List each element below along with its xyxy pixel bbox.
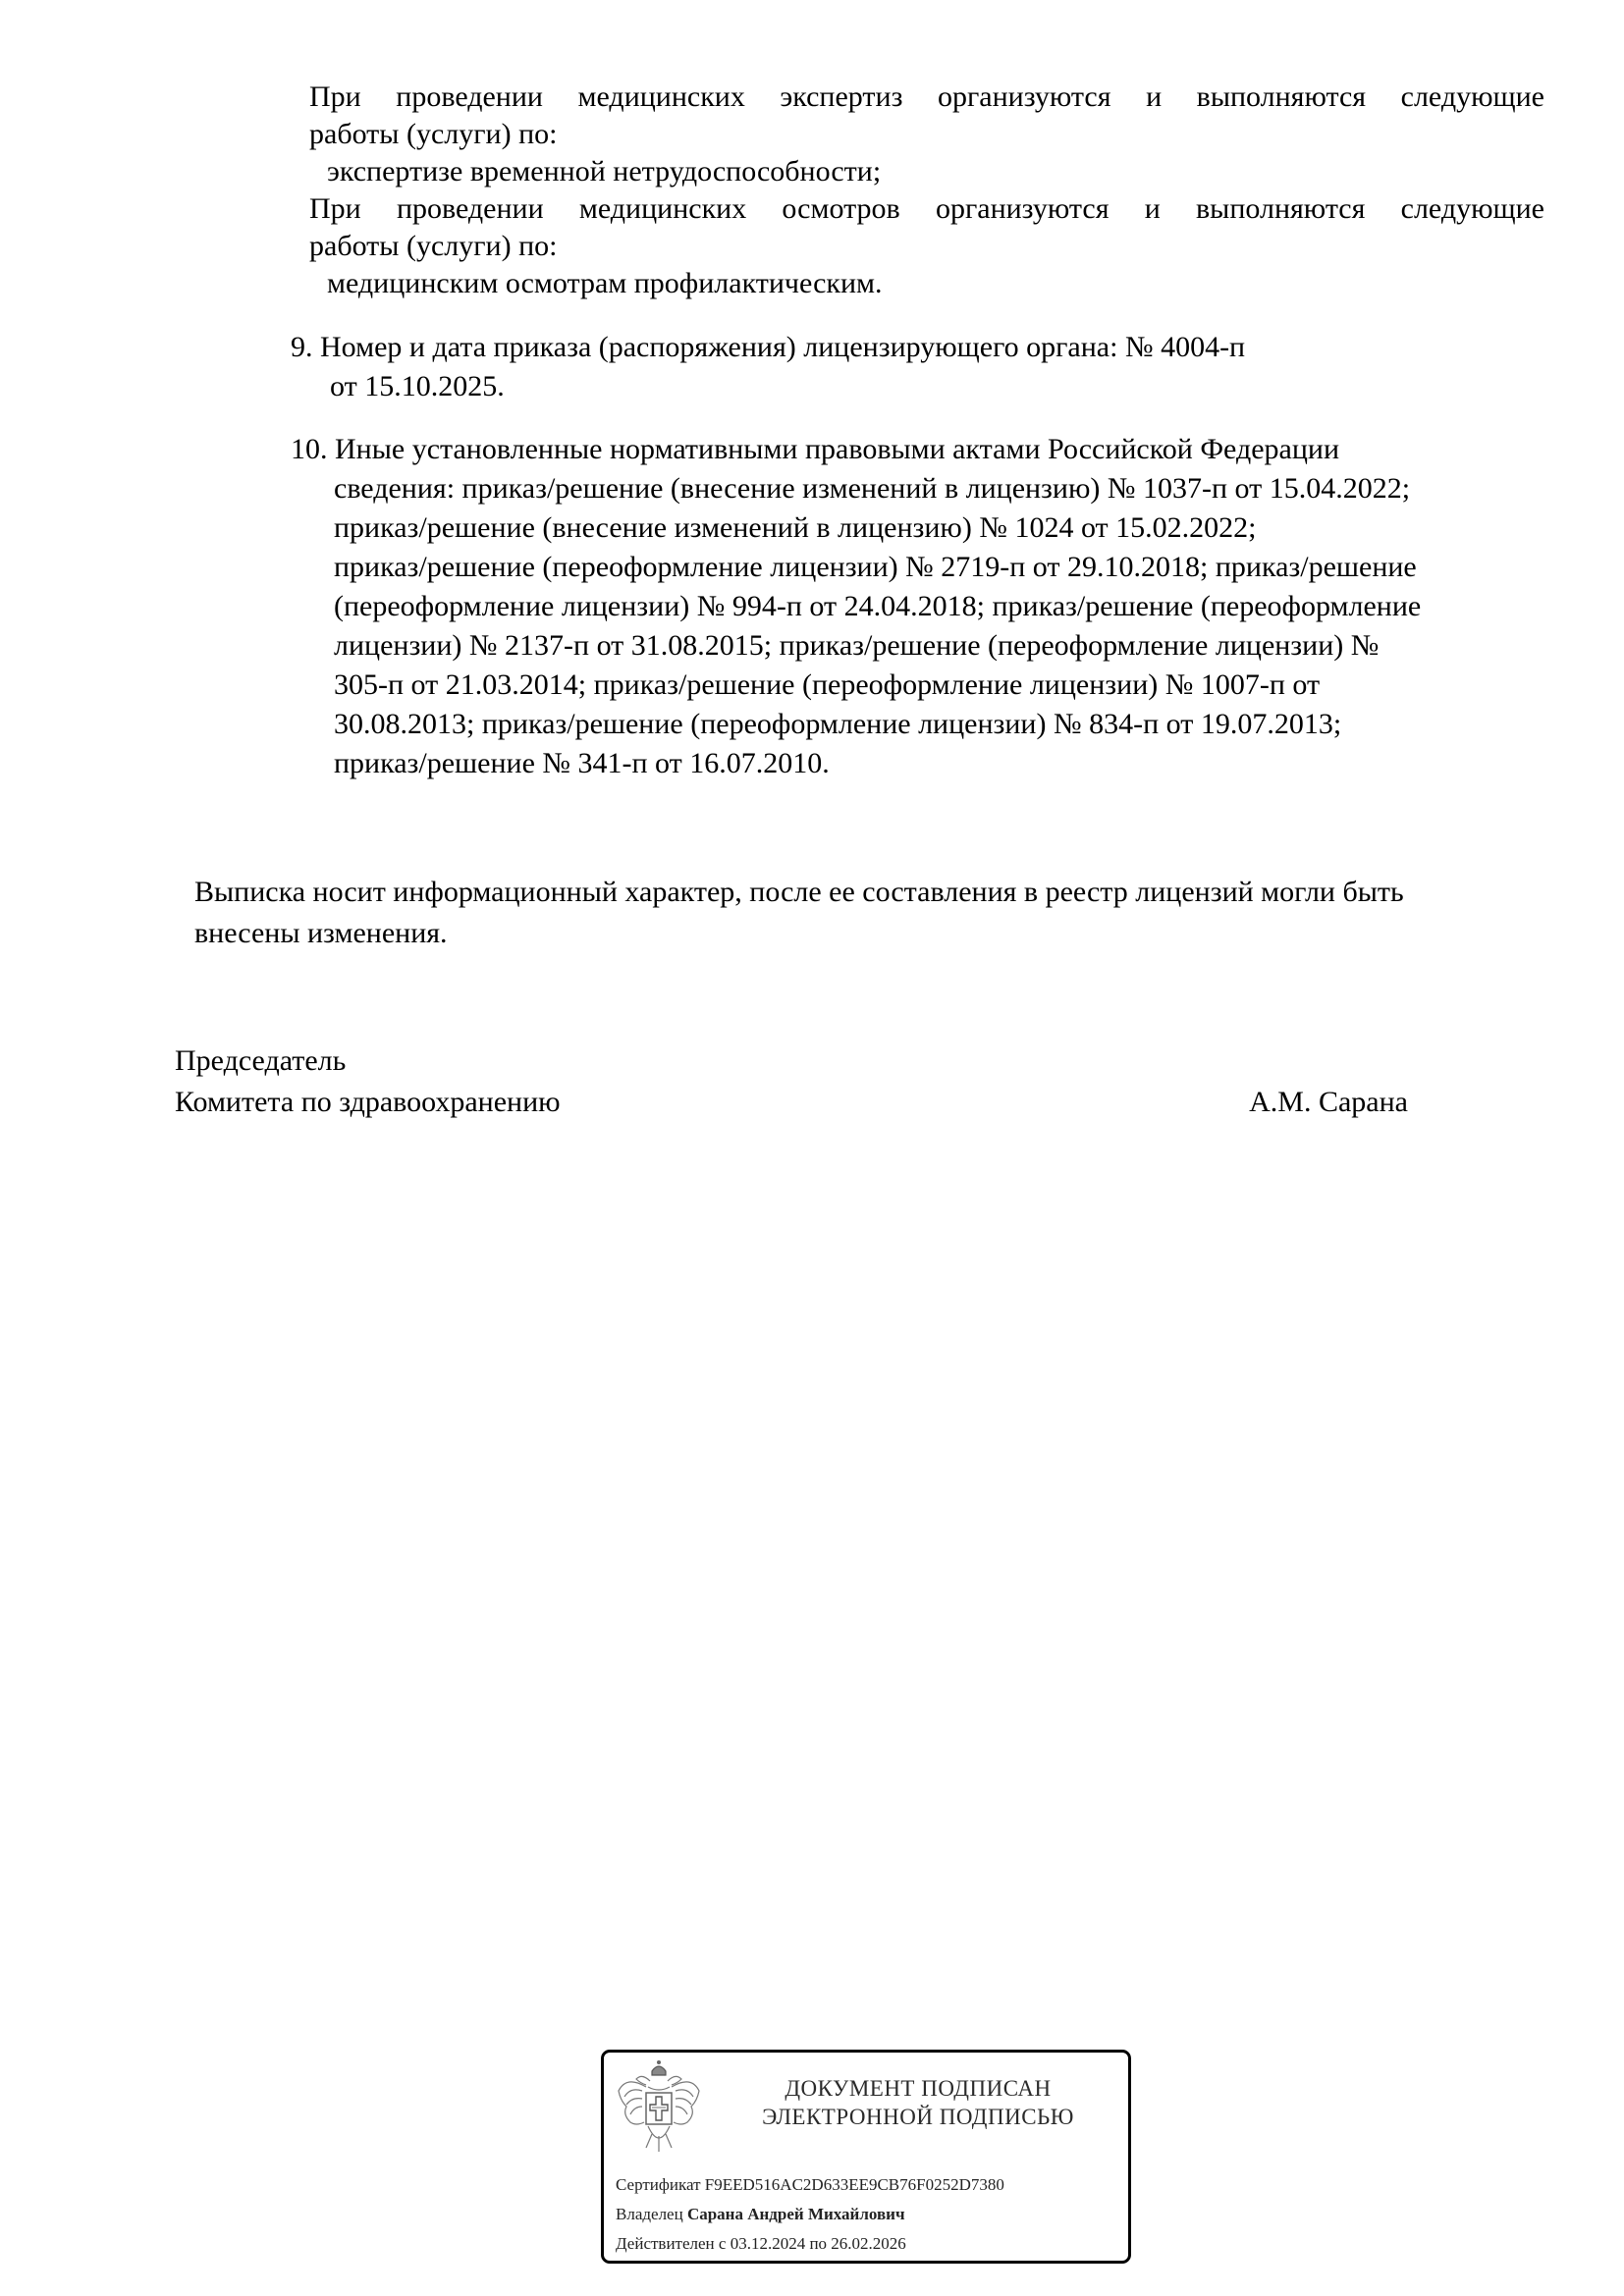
certificate-row: Сертификат F9EED516AC2D633EE9CB76F0252D7… (616, 2170, 1126, 2200)
expertise-intro-line2: работы (услуги) по: (309, 118, 557, 150)
works-section: При проведении медицинских экспертиз орг… (309, 79, 1544, 302)
item-10-line: 305-п от 21.03.2014; приказ/решение (пер… (291, 666, 1551, 705)
item-10-line: приказ/решение (внесение изменений в лиц… (291, 508, 1551, 548)
item-10-line: 30.08.2013; приказ/решение (переоформлен… (291, 705, 1551, 744)
owner-value: Сарана Андрей Михайлович (687, 2205, 905, 2223)
esign-title-line1: ДОКУМЕНТ ПОДПИСАН (722, 2074, 1114, 2103)
esign-title: ДОКУМЕНТ ПОДПИСАН ЭЛЕКТРОННОЙ ПОДПИСЬЮ (722, 2074, 1114, 2131)
expertise-intro-line1: При проведении медицинских экспертиз орг… (309, 79, 1544, 116)
signer-position-line2: Комитета по здравоохранению (175, 1082, 561, 1123)
exams-intro: При проведении медицинских осмотров орга… (309, 190, 1544, 265)
signer-name: А.М. Сарана (1249, 1082, 1432, 1123)
item-10-line: (переоформление лицензии) № 994-п от 24.… (291, 587, 1551, 626)
item-9-date: от 15.10.2025. (291, 367, 1547, 406)
item-10-line: лицензии) № 2137-п от 31.08.2015; приказ… (291, 626, 1551, 666)
expertise-intro: При проведении медицинских экспертиз орг… (309, 79, 1544, 153)
signer-position-line1: Председатель (175, 1041, 1451, 1082)
notice-line1: Выписка носит информационный характер, п… (194, 872, 1559, 913)
item-number: 10. (291, 433, 328, 465)
expertise-item: экспертизе временной нетрудоспособности; (309, 153, 1544, 190)
certificate-label: Сертификат (616, 2175, 701, 2194)
validity-label: Действителен (616, 2234, 715, 2253)
informational-notice: Выписка носит информационный характер, п… (194, 872, 1559, 954)
item-9-text: Номер и дата приказа (распоряжения) лице… (320, 331, 1245, 363)
item-10-text: Иные установленные нормативными правовым… (335, 433, 1339, 465)
item-10-line: приказ/решение № 341-п от 16.07.2010. (291, 744, 1551, 783)
signer-block: Председатель Комитета по здравоохранению… (175, 1041, 1451, 1123)
notice-line2: внесены изменения. (194, 913, 1559, 954)
item-10-first-line: 10. Иные установленные нормативными прав… (291, 430, 1567, 469)
esign-details: Сертификат F9EED516AC2D633EE9CB76F0252D7… (616, 2170, 1126, 2259)
signer-row: Комитета по здравоохранению А.М. Сарана (175, 1082, 1432, 1123)
esign-title-line2: ЭЛЕКТРОННОЙ ПОДПИСЬЮ (722, 2103, 1114, 2131)
item-10-line: приказ/решение (переоформление лицензии)… (291, 548, 1551, 587)
exams-intro-line1: При проведении медицинских осмотров орга… (309, 190, 1544, 228)
item-other-info: 10. Иные установленные нормативными прав… (291, 430, 1567, 783)
owner-label: Владелец (616, 2205, 683, 2223)
item-number: 9. (291, 331, 313, 363)
owner-row: Владелец Сарана Андрей Михайлович (616, 2200, 1126, 2229)
validity-value: с 03.12.2024 по 26.02.2026 (719, 2234, 906, 2253)
exams-intro-line2: работы (услуги) по: (309, 230, 557, 262)
electronic-signature-stamp: ДОКУМЕНТ ПОДПИСАН ЭЛЕКТРОННОЙ ПОДПИСЬЮ С… (601, 2050, 1131, 2264)
item-9-first-line: 9. Номер и дата приказа (распоряжения) л… (291, 328, 1567, 367)
item-10-line: сведения: приказ/решение (внесение измен… (291, 469, 1551, 508)
certificate-value: F9EED516AC2D633EE9CB76F0252D7380 (705, 2175, 1004, 2194)
coat-of-arms-icon (613, 2057, 705, 2156)
item-order-number-date: 9. Номер и дата приказа (распоряжения) л… (291, 328, 1567, 406)
validity-row: Действителен с 03.12.2024 по 26.02.2026 (616, 2229, 1126, 2259)
exams-item: медицинским осмотрам профилактическим. (309, 265, 1544, 302)
